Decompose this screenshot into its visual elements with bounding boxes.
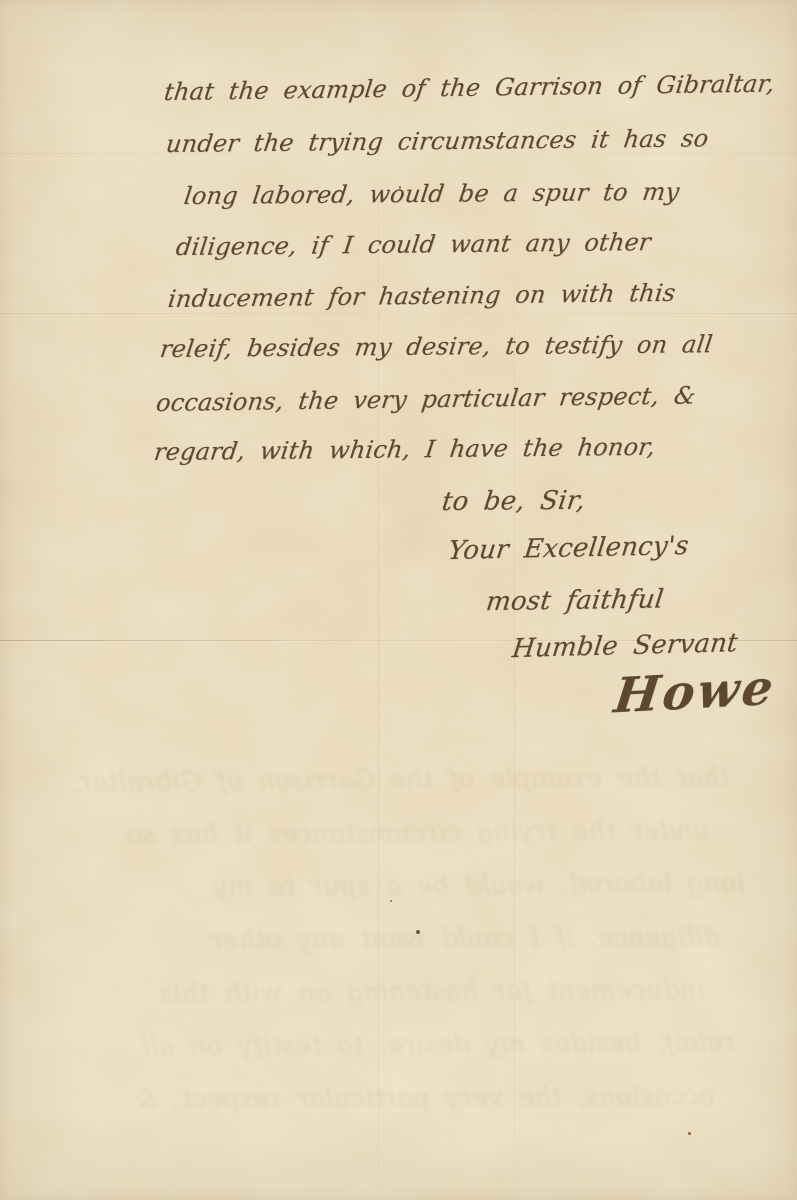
ink-speck <box>399 186 401 189</box>
letter-line: that the example of the Garrison of Gibr… <box>162 69 776 106</box>
signature: Howe <box>611 660 779 725</box>
closing-line: Humble Servant <box>511 628 740 664</box>
letter-line: inducement for hastening on with this <box>166 279 677 313</box>
letter-line: diligence, if I could want any other <box>174 228 652 261</box>
letter-line: regard, with which, I have the honor, <box>152 433 657 466</box>
closing-line: most faithful <box>484 585 665 618</box>
closing-line: Your Excellency's <box>446 531 690 566</box>
letter-line: releif, besides my desire, to testify on… <box>158 330 714 363</box>
letter-line: occasions, the very particular respect, … <box>154 381 697 417</box>
letter-line: long labored, would be a spur to my <box>182 178 681 210</box>
ink-speck <box>390 900 392 902</box>
letter-page: that the example of the Garrison of Gibr… <box>0 0 797 1200</box>
letter-text: that the example of the Garrison of Gibr… <box>0 0 797 1200</box>
ink-speck <box>416 930 420 934</box>
letter-line: under the trying circumstances it has so <box>164 124 710 158</box>
closing-line: to be, Sir, <box>440 486 587 517</box>
rust-speck <box>688 1132 691 1135</box>
